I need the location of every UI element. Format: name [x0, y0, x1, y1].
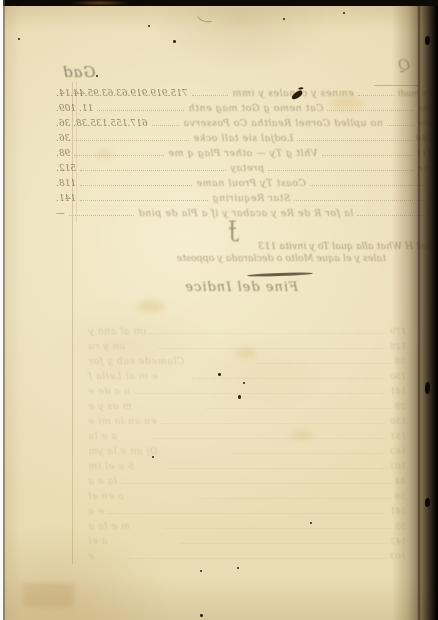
speck — [200, 614, 203, 617]
fine-del-indice-label: Fine del Indice — [168, 280, 298, 295]
ghost-rows: im al ano y179an y ra128Clamede sub y fo… — [88, 322, 406, 562]
book-binding-shadow — [392, 0, 438, 620]
ghost-row: a en el58 — [88, 487, 406, 502]
page-left-edge — [3, 0, 5, 620]
closing-line-2: tales y el aque Molto o declarada y oppo… — [126, 253, 386, 264]
ghost-row: m e la a55 — [88, 517, 406, 532]
photo-top-edge — [0, 0, 438, 6]
ghost-row: e103 — [88, 547, 406, 562]
index-row: 141.Star Requiring1 — [56, 189, 432, 204]
speck — [148, 25, 150, 27]
speck — [200, 570, 202, 572]
index-row: 715.919.919.63.63.95.44.14.emnes y canal… — [56, 84, 432, 99]
speck — [96, 75, 98, 77]
hair-scratch-mark — [194, 5, 217, 24]
ghost-row: e a141 — [88, 502, 406, 517]
edge-ink-notch — [425, 498, 430, 507]
closing-flourish: Ɉ — [228, 218, 237, 243]
speck — [238, 395, 241, 399]
manuscript-page: Gad Q 715.919.919.63.63.95.44.14.emnes y… — [0, 0, 438, 620]
ghost-row: en an la mi e150 — [88, 412, 406, 427]
speck — [283, 18, 285, 20]
ghost-row: la e a44 — [88, 472, 406, 487]
speck — [18, 38, 20, 40]
ghost-row: a e la151 — [88, 427, 406, 442]
foxing-stain — [138, 300, 164, 312]
index-rows: 715.919.919.63.63.95.44.14.emnes y canal… — [56, 84, 432, 219]
corner-flourish-mark: Gad — [62, 63, 96, 81]
ghost-row: m as y e28 — [88, 397, 406, 412]
speck — [343, 12, 345, 14]
closing-underline-stroke — [247, 272, 313, 277]
ghost-row: an y ra128 — [88, 337, 406, 352]
index-row: 617.155.135.38. 36.no uplled Cornel Real… — [56, 114, 432, 129]
index-row: 36.Lodjal sie tall ocke140 — [56, 129, 432, 144]
index-row: 512.pretaythe — [56, 159, 432, 174]
index-row: 98.Vhlt g Ty — other Plag q me111 — [56, 144, 432, 159]
index-row: —la for R de Re y acabar y if a Pla de p… — [56, 204, 432, 219]
ghost-row: im al ano y179 — [88, 322, 406, 337]
edge-ink-notch — [425, 382, 430, 394]
speck — [218, 373, 221, 376]
bottom-left-ghost-stamp — [22, 583, 74, 607]
index-row: 118.Coast Ty Proul name1 — [56, 174, 432, 189]
speck — [173, 40, 176, 43]
binding-crease — [418, 0, 420, 620]
speck — [310, 522, 312, 524]
ghost-row: S a el im103 — [88, 457, 406, 472]
edge-ink-notch — [425, 36, 430, 45]
ghost-row: u a de e141 — [88, 382, 406, 397]
speck — [152, 456, 154, 458]
index-row: 11. 109.Cat nemo g Got mag enththe — [56, 99, 432, 114]
speck — [243, 382, 245, 384]
ghost-row: e m al Lella f150 — [88, 367, 406, 382]
ghost-row: Dj an e la ym163 — [88, 442, 406, 457]
speck — [237, 567, 239, 569]
ghost-row: a el142 — [88, 532, 406, 547]
ghost-row: Clamede sub y for58 — [88, 352, 406, 367]
